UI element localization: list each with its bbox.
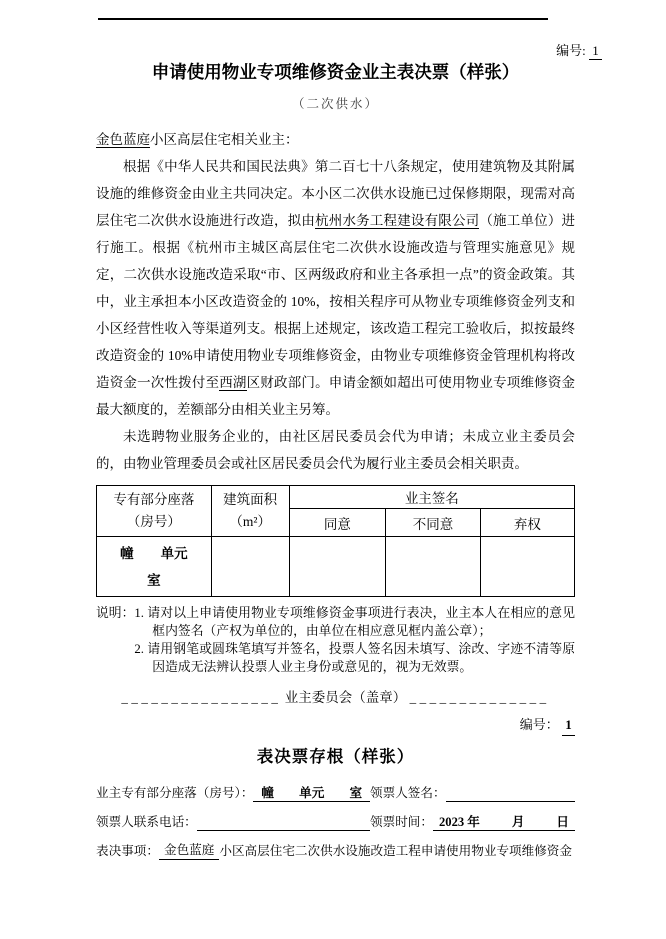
header-disagree: 不同意 <box>386 509 481 537</box>
note-item-2: 2. 请用钢笔或圆珠笔填写并签名，投票人签名因未填写、涂改、字迹不清等原因造成无… <box>134 640 575 676</box>
salutation-text: 小区高层住宅相关业主： <box>150 132 299 147</box>
serial-label: 编号： <box>520 717 559 732</box>
stub-phone-blank-field <box>197 813 370 831</box>
header-location-line2: （房号） <box>97 511 211 533</box>
serial-value: 1 <box>589 43 602 60</box>
stub-matter-community: 金色蓝庭 <box>159 841 219 860</box>
cell-disagree-blank <box>386 537 481 597</box>
cell-location: 幢 单元 室 <box>97 537 212 597</box>
stub-title: 表决票存根（样张） <box>96 745 575 769</box>
header-area: 建筑面积 （m²） <box>211 486 289 537</box>
page-title: 申请使用物业专项维修资金业主表决票（样张） <box>96 58 575 86</box>
stub-row-matter: 表决事项： 金色蓝庭 小区高层住宅二次供水设施改造工程申请使用物业专项维修资金 <box>96 840 575 860</box>
community-name: 金色蓝庭 <box>96 132 150 148</box>
stub-signer-label: 领票人签名： <box>370 784 446 802</box>
header-area-line1: 建筑面积 <box>212 489 289 511</box>
page-subtitle: （二次供水） <box>96 95 575 113</box>
stub-signer-blank-field <box>446 784 575 802</box>
district-name: 西湖 <box>219 375 246 391</box>
header-location: 专有部分座落 （房号） <box>97 486 212 537</box>
stub-location-value: 幢 单元 室 <box>253 784 370 802</box>
ballot-document-page: 编号: 1 申请使用物业专项维修资金业主表决票（样张） （二次供水） 金色蓝庭小… <box>0 0 666 939</box>
header-signature: 业主签名 <box>289 486 574 509</box>
committee-stamp-line: ________________ 业主委员会（盖章） _____________… <box>96 689 575 707</box>
header-location-line1: 专有部分座落 <box>97 489 211 511</box>
notes-items: 1. 请对以上申请使用物业专项维修资金事项进行表决，业主本人在相应的意见框内签名… <box>134 604 575 676</box>
paragraph-main: 根据《中华人民共和国民法典》第二百七十八条规定，使用建筑物及其附属设施的维修资金… <box>96 153 575 423</box>
notes-block: 说明： 1. 请对以上申请使用物业专项维修资金事项进行表决，业主本人在相应的意见… <box>96 604 575 676</box>
cell-location-line2: 室 <box>97 567 211 594</box>
stub-phone-label: 领票人联系电话： <box>96 813 197 831</box>
construction-company-name: 杭州水务工程建设有限公司 <box>315 213 479 229</box>
stub-location-label: 业主专有部分座落（房号）： <box>96 784 253 802</box>
stub-matter-label: 表决事项： <box>96 842 159 860</box>
stub-row-phone-time: 领票人联系电话： 领票时间： 2023 年 月 日 <box>96 811 575 831</box>
stub-row-location: 业主专有部分座落（房号）： 幢 单元 室 领票人签名： <box>96 782 575 802</box>
stamp-dashes-right: ______________ <box>410 690 550 705</box>
committee-stamp-label: 业主委员会（盖章） <box>285 690 407 705</box>
stub-time-day: 日 <box>556 813 569 830</box>
stub-time-label: 领票时间： <box>370 813 433 831</box>
header-area-line2: （m²） <box>212 511 289 533</box>
cell-agree-blank <box>289 537 386 597</box>
notes-label: 说明： <box>96 604 134 676</box>
paragraph-main-part2: （施工单位）进行施工。根据《杭州市主城区高层住宅二次供水设施改造与管理实施意见》… <box>96 213 575 390</box>
document-content: 申请使用物业专项维修资金业主表决票（样张） （二次供水） 金色蓝庭小区高层住宅相… <box>96 0 575 860</box>
note-item-1: 1. 请对以上申请使用物业专项维修资金事项进行表决，业主本人在相应的意见框内签名… <box>134 604 575 640</box>
header-agree: 同意 <box>289 509 386 537</box>
stamp-dashes-left: ________________ <box>121 690 281 705</box>
cell-location-line1: 幢 单元 <box>97 540 211 567</box>
paragraph-second: 未选聘物业服务企业的，由社区居民委员会代为申请；未成立业主委员会的，由物业管理委… <box>96 423 575 477</box>
stub-time-value: 2023 年 月 日 <box>433 813 575 831</box>
stub-phone-group: 领票人联系电话： <box>96 813 370 831</box>
stub-time-group: 领票时间： 2023 年 月 日 <box>370 813 575 831</box>
stub-signer-group: 领票人签名： <box>370 784 575 802</box>
stub-matter-text: 小区高层住宅二次供水设施改造工程申请使用物业专项维修资金 <box>219 842 572 860</box>
stub-location-group: 业主专有部分座落（房号）： 幢 单元 室 <box>96 784 370 802</box>
cell-area-blank <box>211 537 289 597</box>
stub-time-month: 月 <box>512 813 525 830</box>
cell-abstain-blank <box>480 537 574 597</box>
header-abstain: 弃权 <box>480 509 574 537</box>
serial-number-stub: 编号： 1 <box>96 715 575 736</box>
stub-time-year: 2023 年 <box>439 813 480 830</box>
salutation-line: 金色蓝庭小区高层住宅相关业主： <box>96 126 575 153</box>
vote-table: 专有部分座落 （房号） 建筑面积 （m²） 业主签名 同意 不同意 弃权 幢 单… <box>96 485 575 597</box>
serial-value: 1 <box>562 715 575 736</box>
